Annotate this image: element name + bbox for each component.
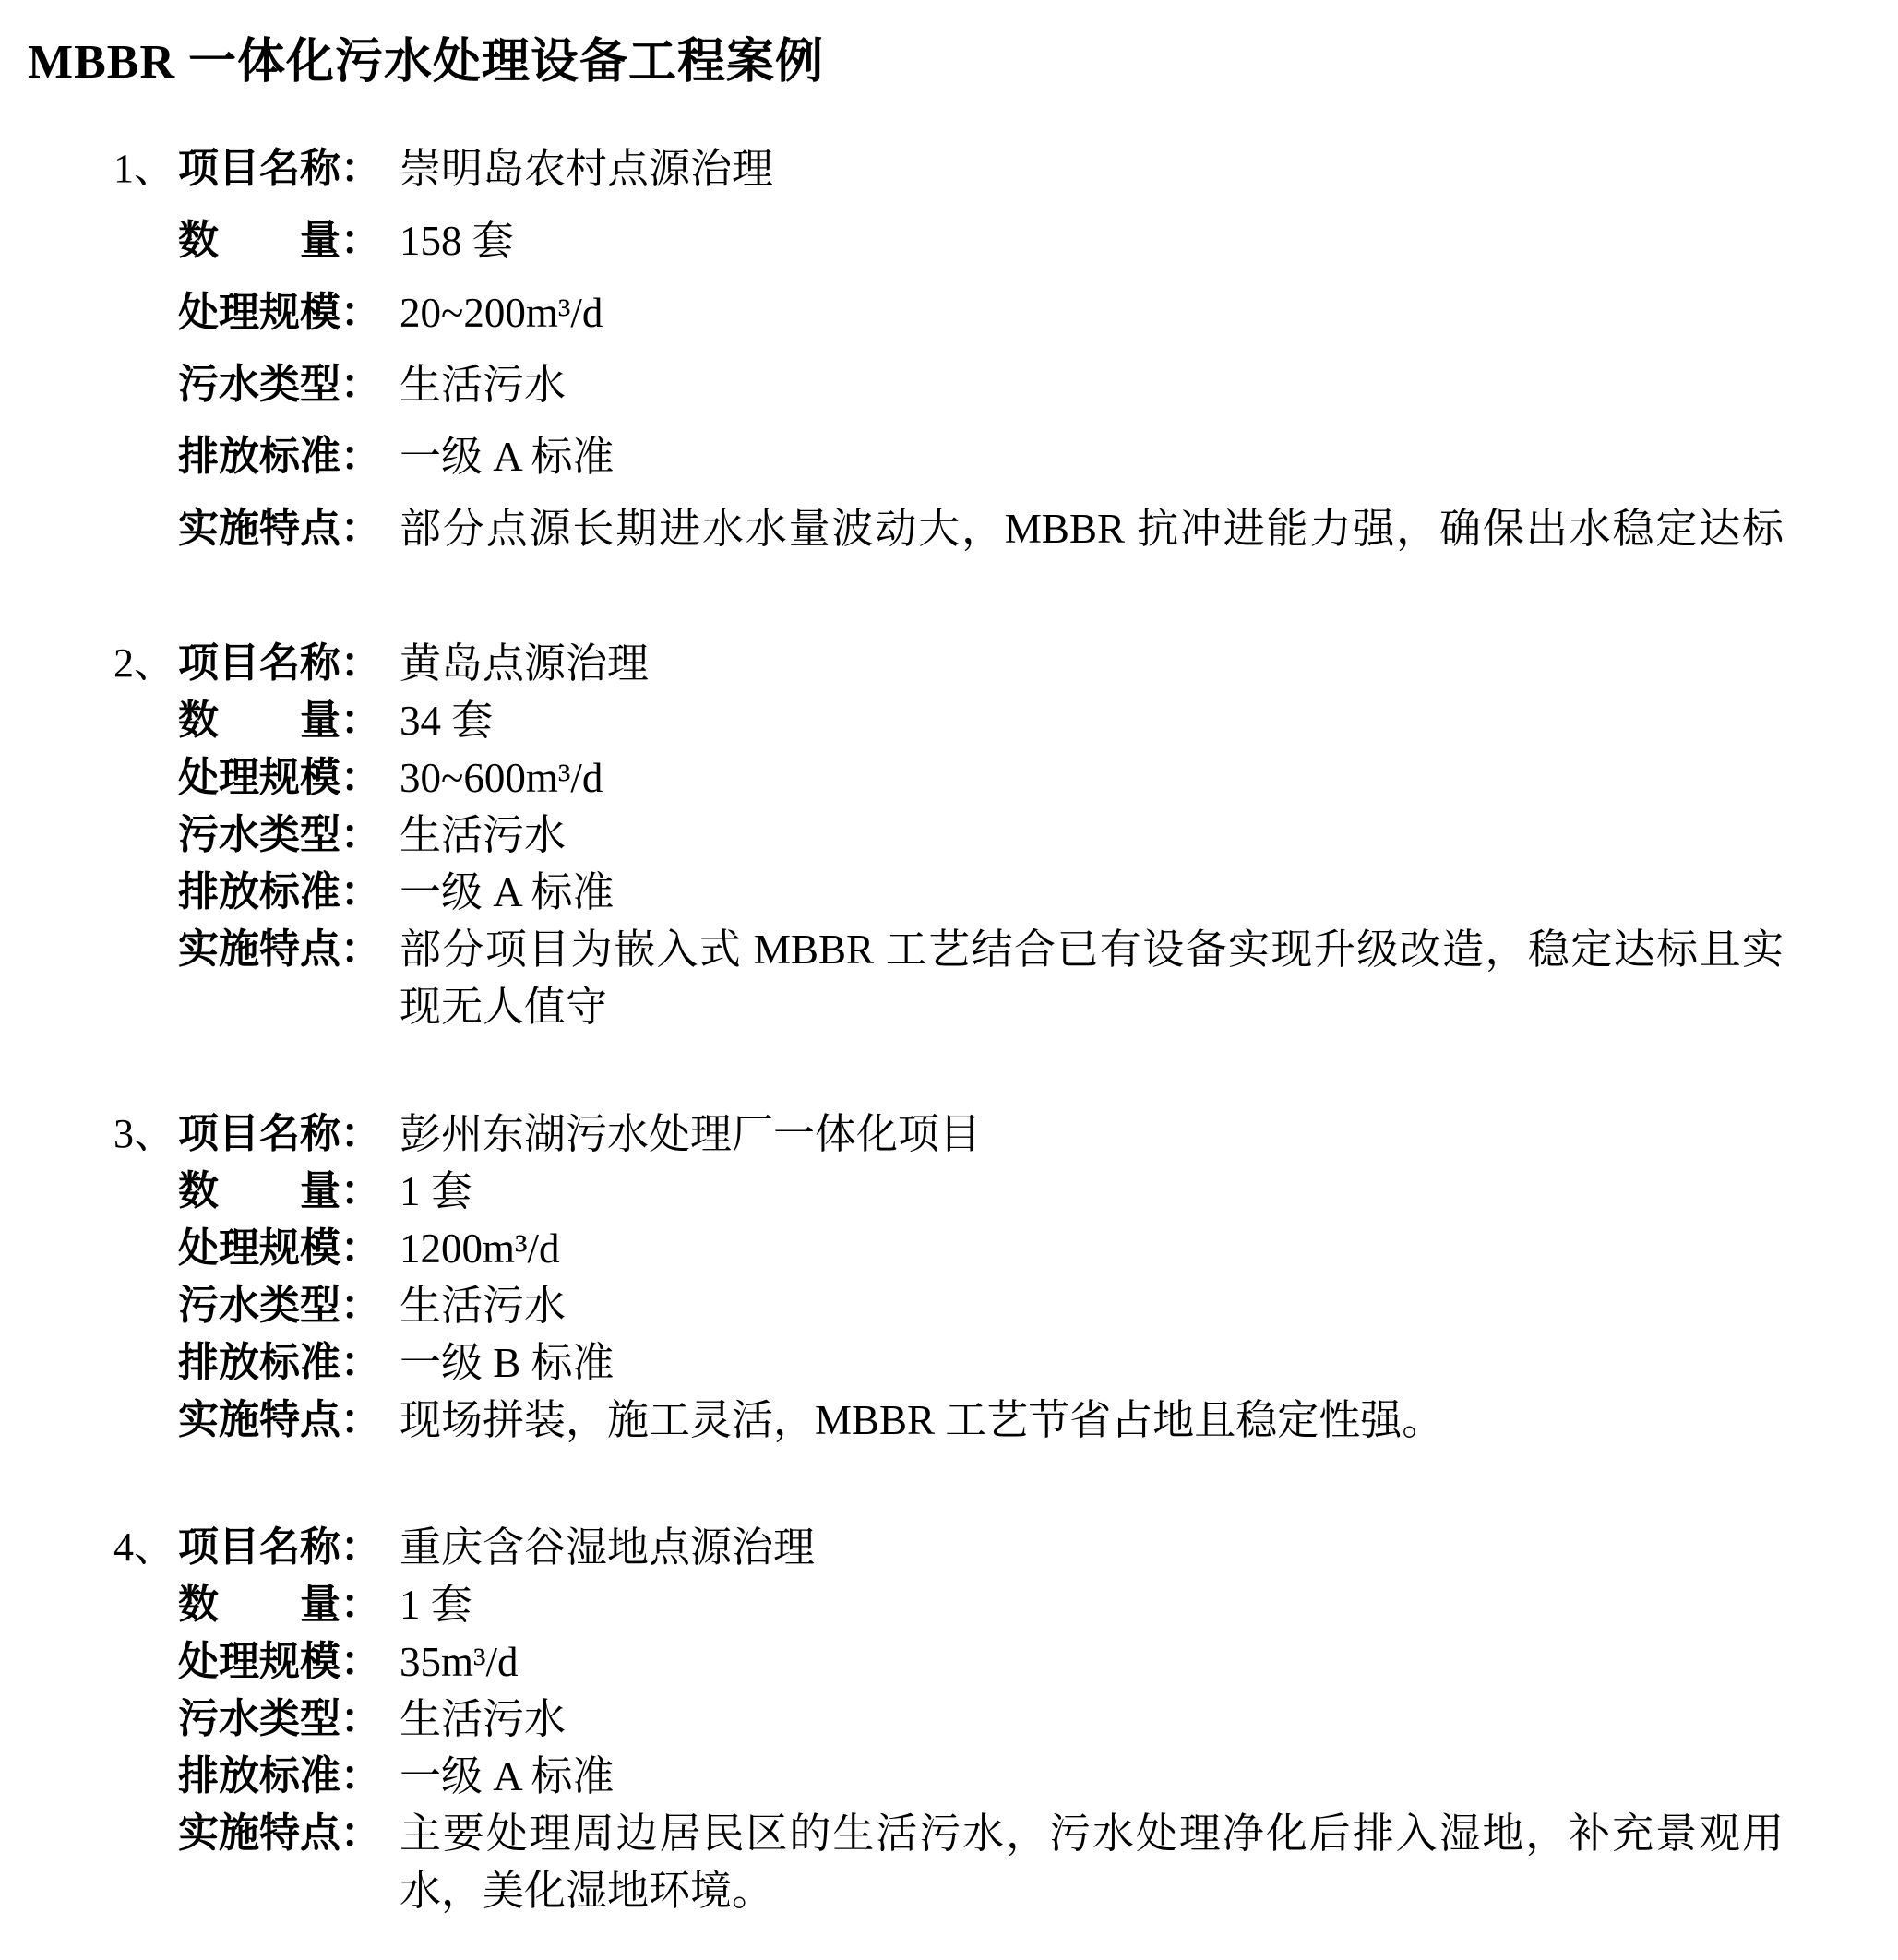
field-value: 34 套 (400, 692, 1784, 749)
field-value: 生活污水 (400, 807, 1784, 864)
case-item-4: 4、 项目名称： 重庆含谷湿地点源治理 数 量： 1 套 处理规模： 35m³/… (113, 1519, 1898, 1919)
field-label: 污水类型： (178, 349, 400, 421)
field-row: 排放标准： 一级 B 标准 (113, 1334, 1898, 1392)
item-number: 3、 (113, 1105, 178, 1163)
field-row: 4、 项目名称： 重庆含谷湿地点源治理 (113, 1519, 1898, 1576)
field-label: 污水类型： (178, 1277, 400, 1334)
field-label: 处理规模： (178, 1633, 400, 1691)
field-value: 重庆含谷湿地点源治理 (400, 1519, 1784, 1576)
field-label: 项目名称： (178, 635, 400, 692)
document-title: MBBR 一体化污水处理设备工程案例 (28, 33, 1898, 92)
field-row: 数 量： 34 套 (113, 692, 1898, 749)
field-value: 部分项目为嵌入式 MBBR 工艺结合已有设备实现升级改造，稳定达标且实现无人值守 (400, 921, 1784, 1035)
field-label: 项目名称： (178, 1105, 400, 1163)
field-row: 处理规模： 1200m³/d (113, 1220, 1898, 1277)
field-label: 处理规模： (178, 749, 400, 807)
field-row: 排放标准： 一级 A 标准 (113, 1748, 1898, 1805)
field-row: 数 量： 1 套 (113, 1163, 1898, 1220)
field-value: 158 套 (400, 205, 1784, 277)
field-value: 一级 A 标准 (400, 864, 1784, 921)
document-page: MBBR 一体化污水处理设备工程案例 1、 项目名称： 崇明岛农村点源治理 数 … (0, 0, 1898, 1960)
item-number: 2、 (113, 635, 178, 692)
field-row: 污水类型： 生活污水 (113, 1277, 1898, 1334)
case-item-2: 2、 项目名称： 黄岛点源治理 数 量： 34 套 处理规模： 30~600m³… (113, 635, 1898, 1035)
field-label: 排放标准： (178, 864, 400, 921)
field-label: 项目名称： (178, 1519, 400, 1576)
field-label: 排放标准： (178, 1748, 400, 1805)
field-label: 数 量： (178, 205, 400, 277)
field-row: 2、 项目名称： 黄岛点源治理 (113, 635, 1898, 692)
field-row: 污水类型： 生活污水 (113, 1691, 1898, 1748)
field-label: 污水类型： (178, 1691, 400, 1748)
field-value: 1 套 (400, 1576, 1784, 1633)
field-row: 数 量： 158 套 (113, 205, 1898, 277)
field-label: 实施特点： (178, 1805, 400, 1862)
field-label: 项目名称： (178, 133, 400, 205)
field-row: 污水类型： 生活污水 (113, 807, 1898, 864)
field-value: 1200m³/d (400, 1220, 1784, 1277)
field-row: 1、 项目名称： 崇明岛农村点源治理 (113, 133, 1898, 205)
field-value: 20~200m³/d (400, 277, 1784, 349)
item-number: 1、 (113, 133, 178, 205)
field-label: 数 量： (178, 1576, 400, 1633)
field-value: 部分点源长期进水水量波动大，MBBR 抗冲进能力强，确保出水稳定达标 (400, 493, 1784, 565)
field-value: 生活污水 (400, 1277, 1784, 1334)
field-label: 实施特点： (178, 921, 400, 978)
field-row: 实施特点： 主要处理周边居民区的生活污水，污水处理净化后排入湿地，补充景观用水，… (113, 1805, 1898, 1919)
field-row: 处理规模： 20~200m³/d (113, 277, 1898, 349)
field-row: 污水类型： 生活污水 (113, 349, 1898, 421)
field-row: 排放标准： 一级 A 标准 (113, 864, 1898, 921)
field-row: 实施特点： 部分项目为嵌入式 MBBR 工艺结合已有设备实现升级改造，稳定达标且… (113, 921, 1898, 1035)
field-row: 3、 项目名称： 彭州东湖污水处理厂一体化项目 (113, 1105, 1898, 1163)
case-item-3: 3、 项目名称： 彭州东湖污水处理厂一体化项目 数 量： 1 套 处理规模： 1… (113, 1105, 1898, 1449)
field-value: 一级 A 标准 (400, 1748, 1784, 1805)
field-label: 实施特点： (178, 1392, 400, 1449)
field-value: 现场拼装，施工灵活，MBBR 工艺节省占地且稳定性强。 (400, 1392, 1784, 1449)
item-number: 4、 (113, 1519, 178, 1576)
field-value: 35m³/d (400, 1633, 1784, 1691)
field-value: 崇明岛农村点源治理 (400, 133, 1784, 205)
field-value: 主要处理周边居民区的生活污水，污水处理净化后排入湿地，补充景观用水，美化湿地环境… (400, 1805, 1784, 1919)
field-label: 污水类型： (178, 807, 400, 864)
field-label: 排放标准： (178, 421, 400, 493)
field-label: 排放标准： (178, 1334, 400, 1392)
case-item-1: 1、 项目名称： 崇明岛农村点源治理 数 量： 158 套 处理规模： 20~2… (113, 133, 1898, 565)
field-row: 处理规模： 35m³/d (113, 1633, 1898, 1691)
field-label: 数 量： (178, 692, 400, 749)
field-value: 30~600m³/d (400, 749, 1784, 807)
field-label: 数 量： (178, 1163, 400, 1220)
field-label: 实施特点： (178, 493, 400, 565)
field-value: 一级 A 标准 (400, 421, 1784, 493)
field-value: 黄岛点源治理 (400, 635, 1784, 692)
field-value: 1 套 (400, 1163, 1784, 1220)
field-label: 处理规模： (178, 1220, 400, 1277)
field-row: 排放标准： 一级 A 标准 (113, 421, 1898, 493)
field-row: 实施特点： 现场拼装，施工灵活，MBBR 工艺节省占地且稳定性强。 (113, 1392, 1898, 1449)
field-value: 彭州东湖污水处理厂一体化项目 (400, 1105, 1784, 1163)
field-label: 处理规模： (178, 277, 400, 349)
field-value: 一级 B 标准 (400, 1334, 1784, 1392)
field-row: 处理规模： 30~600m³/d (113, 749, 1898, 807)
field-row: 实施特点： 部分点源长期进水水量波动大，MBBR 抗冲进能力强，确保出水稳定达标 (113, 493, 1898, 565)
field-value: 生活污水 (400, 1691, 1784, 1748)
field-row: 数 量： 1 套 (113, 1576, 1898, 1633)
field-value: 生活污水 (400, 349, 1784, 421)
